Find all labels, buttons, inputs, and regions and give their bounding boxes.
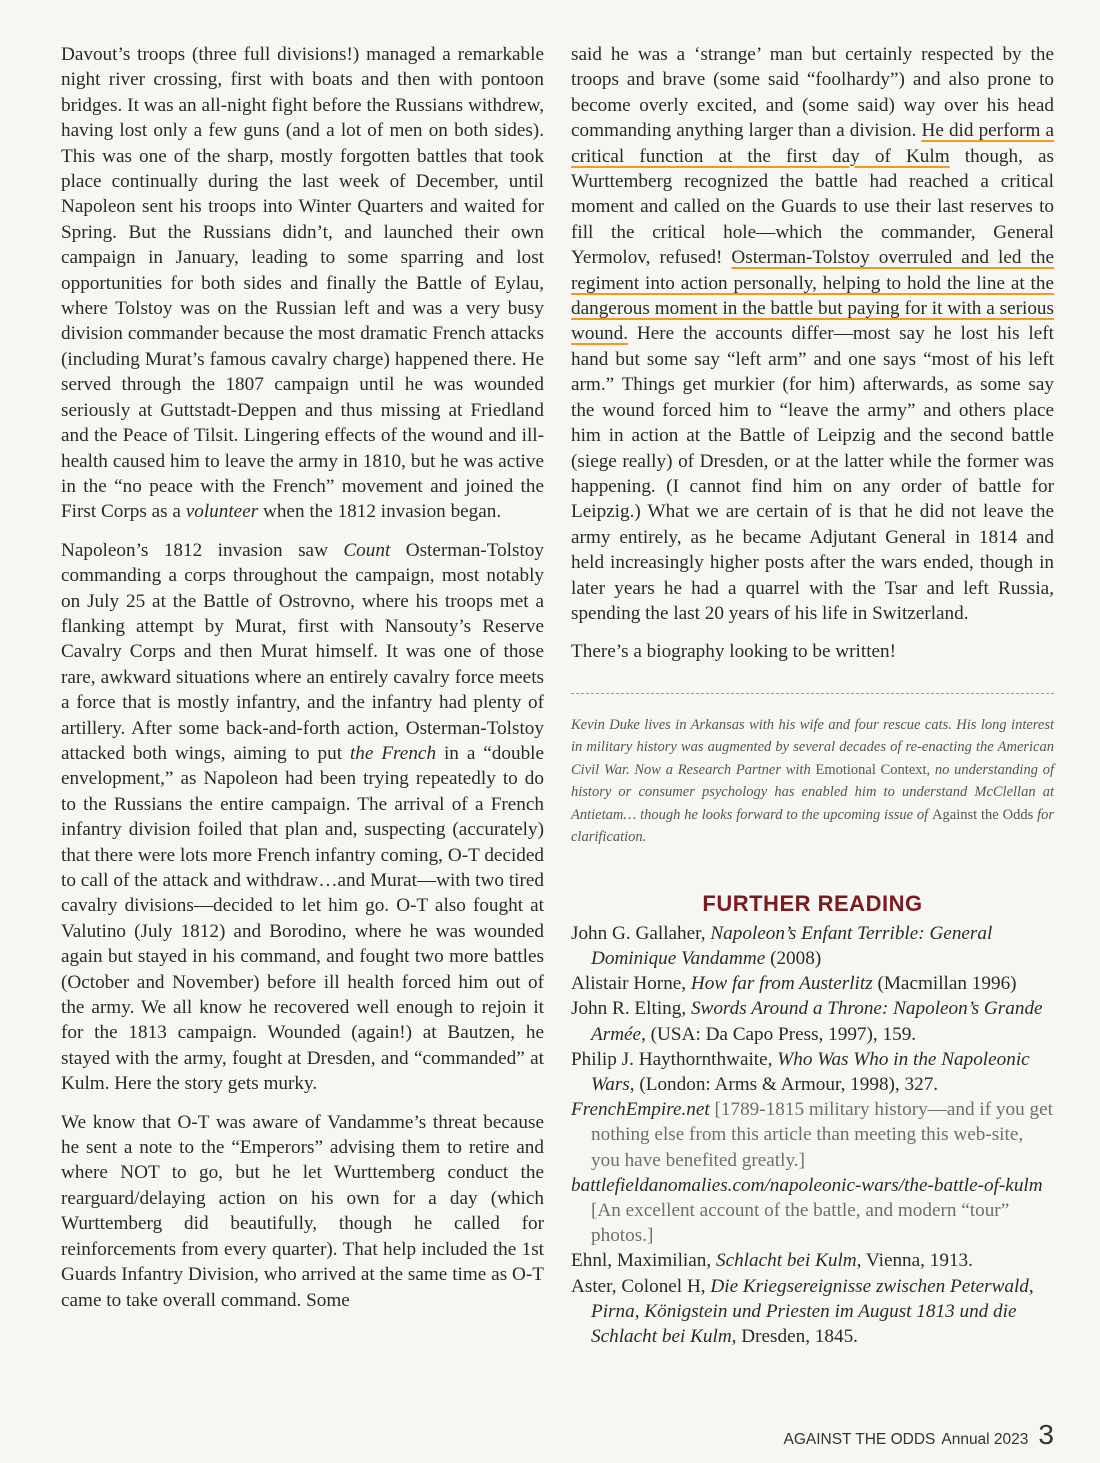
page-number: 3 bbox=[1038, 1419, 1054, 1451]
reference-details: Vienna, 1913. bbox=[861, 1250, 972, 1271]
left-column: Davout’s troops (three full divisions!) … bbox=[61, 42, 544, 1326]
body-paragraph: Davout’s troops (three full divisions!) … bbox=[61, 42, 544, 525]
reference-details: , (London: Arms & Armour, 1998), 327. bbox=[630, 1074, 938, 1095]
paragraph-text: Osterman-Tolstoy commanding a corps thro… bbox=[61, 540, 544, 764]
reference-item: John G. Gallaher, Napoleon’s Enfant Terr… bbox=[571, 921, 1054, 971]
author-bio: Kevin Duke lives in Arkansas with his wi… bbox=[571, 714, 1054, 849]
publication-name: AGAINST THE ODDS bbox=[783, 1431, 935, 1449]
body-paragraph: said he was a ‘strange’ man but certainl… bbox=[571, 42, 1054, 626]
reference-details: (Macmillan 1996) bbox=[873, 973, 1017, 994]
reference-details: Dresden, 1845. bbox=[736, 1326, 858, 1347]
italic-text: Count bbox=[343, 540, 390, 561]
paragraph-text: in a “double envelopment,” as Napoleon h… bbox=[61, 743, 544, 1094]
reference-item: Alistair Horne, How far from Austerlitz … bbox=[571, 971, 1054, 996]
further-reading-list: John G. Gallaher, Napoleon’s Enfant Terr… bbox=[571, 921, 1054, 1349]
reference-title: How far from Austerlitz bbox=[691, 973, 873, 994]
body-paragraph: Napoleon’s 1812 invasion saw Count Oster… bbox=[61, 538, 544, 1097]
reference-title: FrenchEmpire.net bbox=[571, 1099, 710, 1120]
body-paragraph: We know that O-T was aware of Vandamme’s… bbox=[61, 1110, 544, 1313]
reference-item-website: FrenchEmpire.net [1789-1815 military his… bbox=[571, 1097, 1054, 1173]
reference-title: battlefieldanomalies.com/napoleonic-wars… bbox=[571, 1175, 1043, 1196]
reference-item: Aster, Colonel H, Die Kriegsereignisse z… bbox=[571, 1274, 1054, 1350]
reference-title: Schlacht bei Kulm, bbox=[716, 1250, 861, 1271]
reference-item: Philip J. Haythornthwaite, Who Was Who i… bbox=[571, 1047, 1054, 1097]
reference-author: Aster, Colonel H, bbox=[571, 1276, 710, 1297]
paragraph-text: when the 1812 invasion began. bbox=[258, 501, 501, 522]
reference-details: , (USA: Da Capo Press, 1997), 159. bbox=[641, 1024, 916, 1045]
reference-details: (2008) bbox=[765, 948, 821, 969]
reference-author: Ehnl, Maximilian, bbox=[571, 1250, 716, 1271]
paragraph-text: Here the accounts differ—most say he los… bbox=[571, 323, 1054, 623]
closing-line: There’s a biography looking to be writte… bbox=[571, 639, 1054, 664]
dashed-divider bbox=[571, 693, 1054, 694]
reference-author: John G. Gallaher, bbox=[571, 923, 710, 944]
reference-item: Ehnl, Maximilian, Schlacht bei Kulm, Vie… bbox=[571, 1248, 1054, 1273]
page-footer: AGAINST THE ODDS Annual 2023 3 bbox=[783, 1419, 1054, 1451]
paragraph-text: Napoleon’s 1812 invasion saw bbox=[61, 540, 343, 561]
bio-magazine: Against the Odds bbox=[932, 807, 1033, 823]
right-column: said he was a ‘strange’ man but certainl… bbox=[571, 42, 1054, 1349]
paragraph-text: We know that O-T was aware of Vandamme’s… bbox=[61, 1112, 544, 1311]
further-reading-heading: FURTHER READING bbox=[571, 891, 1054, 917]
issue-label: Annual 2023 bbox=[941, 1431, 1028, 1449]
reference-author: John R. Elting, bbox=[571, 998, 691, 1019]
italic-text: volunteer bbox=[186, 501, 258, 522]
reference-author: Alistair Horne, bbox=[571, 973, 691, 994]
paragraph-text: Davout’s troops (three full divisions!) … bbox=[61, 44, 544, 522]
reference-item: John R. Elting, Swords Around a Throne: … bbox=[571, 996, 1054, 1046]
reference-item-website: battlefieldanomalies.com/napoleonic-wars… bbox=[571, 1173, 1054, 1249]
bio-company: Emotional Context bbox=[815, 762, 926, 778]
reference-author: Philip J. Haythornthwaite, bbox=[571, 1049, 777, 1070]
reference-details: [An excellent account of the battle, and… bbox=[591, 1200, 1009, 1246]
italic-text: the French bbox=[350, 743, 436, 764]
